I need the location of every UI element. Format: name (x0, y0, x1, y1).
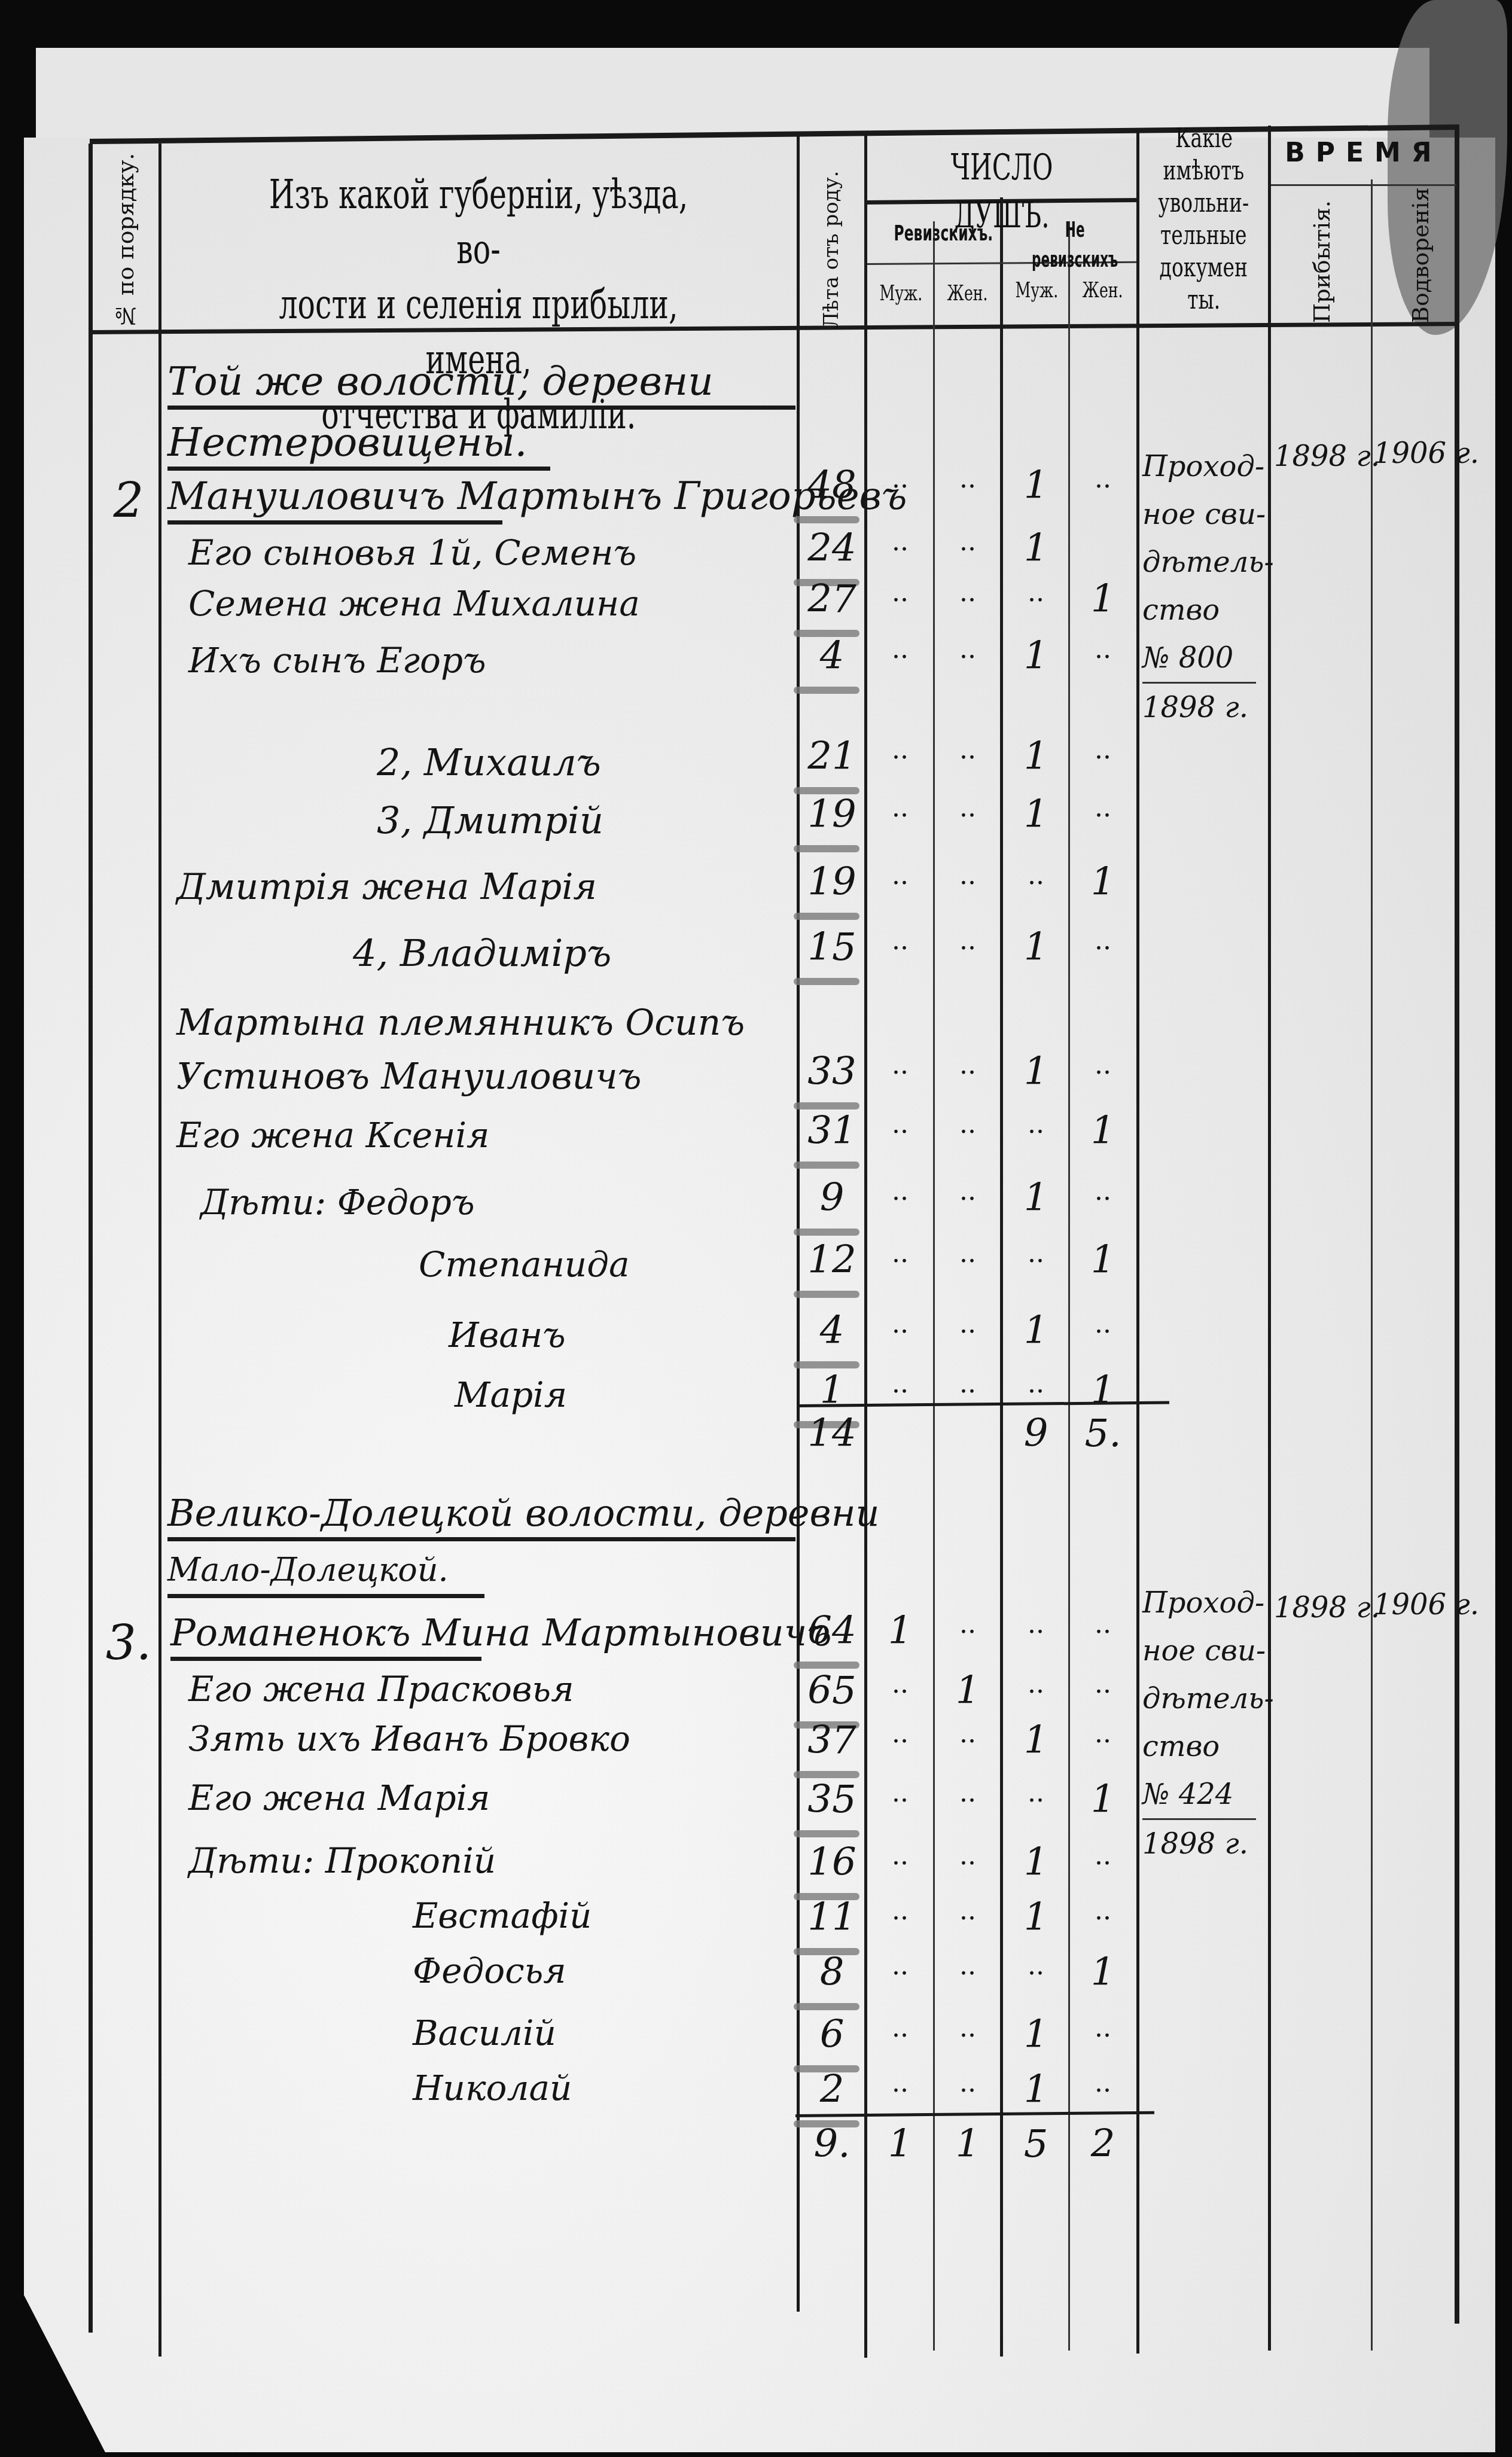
count-cell-nf: .. (1070, 792, 1136, 823)
nonrev-male-label: Муж. (1015, 278, 1058, 303)
count-cell-age: 16 (800, 1840, 864, 1885)
family2-row9-name: Николай (413, 2068, 572, 2108)
count-cell-rm: .. (867, 1109, 933, 1139)
count-cell-age: 12 (800, 1238, 864, 1282)
count-cell-rf: .. (935, 634, 1001, 664)
header-rev-female: Жен. (934, 281, 1001, 306)
pencil-underline (794, 1361, 859, 1368)
documents-line4: тельные (1160, 220, 1247, 252)
count-cell-nm: 1 (1003, 734, 1069, 779)
family2-row1-name: Романенокъ Мина Мартыновичъ (170, 1609, 481, 1661)
count-cell-rf: .. (935, 1176, 1001, 1206)
col-docs-divider (1268, 126, 1271, 2351)
count-cell-rm: .. (867, 1950, 933, 1981)
count-cell-nf: 1 (1070, 860, 1136, 904)
count-cell-nm: .. (1003, 1778, 1069, 1808)
count-cell-rf: .. (935, 1840, 1001, 1871)
count-cell-age: 24 (800, 526, 864, 571)
count-cell-nm: .. (1003, 1669, 1069, 1699)
count-cell-rf: .. (935, 734, 1001, 765)
family2-doc-line2: ное сви- (1142, 1627, 1268, 1675)
count-cell-age: 8 (800, 1950, 864, 1995)
count-cell-rm: .. (867, 792, 933, 823)
count-cell-nf: .. (1070, 734, 1136, 765)
count-cell-age: 64 (800, 1609, 864, 1653)
header-number: № по порядку. (108, 156, 144, 329)
family2-number: 3. (105, 1615, 153, 1670)
documents-line2: имѣютъ (1163, 155, 1245, 187)
total-cell-nf: 2 (1070, 2122, 1136, 2166)
rev-male-label: Муж. (879, 281, 922, 306)
count-cell-age: 27 (800, 577, 864, 621)
pencil-underline (794, 1830, 859, 1837)
count-cell-nf: .. (1070, 1176, 1136, 1206)
family1-row2-name: Его сыновья 1й, Семенъ (188, 532, 636, 573)
revision-label: Ревизскихъ. (894, 219, 993, 249)
count-cell-nm: .. (1003, 577, 1069, 608)
count-cell-rf: .. (935, 1609, 1001, 1639)
pencil-underline (794, 1662, 859, 1669)
count-cell-nm: 1 (1003, 1309, 1069, 1353)
family2-row6-name: Евстафій (413, 1895, 592, 1936)
count-cell-rf: .. (935, 1050, 1001, 1080)
count-cell-age: 4 (800, 1309, 864, 1353)
header-documents: Какіе имѣютъ увольни- тельные докумен ты… (1139, 123, 1268, 316)
count-cell-age: 65 (800, 1669, 864, 1713)
count-cell-nm: 1 (1003, 1176, 1069, 1220)
count-cell-rf: .. (935, 1109, 1001, 1139)
count-cell-rm: .. (867, 2068, 933, 2098)
total-cell-nm: 9 (1003, 1412, 1069, 1456)
family1-row7-name: Дмитрія жена Марія (176, 866, 597, 908)
documents-line6: ты. (1187, 284, 1220, 316)
documents-line1: Какіе (1175, 123, 1233, 155)
header-origin-line1: Изъ какой губерніи, уѣзда, во- (252, 167, 705, 278)
family1-row15-name: Марія (455, 1374, 567, 1415)
count-cell-rf: .. (935, 1895, 1001, 1926)
count-cell-rf: .. (935, 1309, 1001, 1339)
count-cell-age: 19 (800, 860, 864, 904)
count-cell-nf: 1 (1070, 1238, 1136, 1282)
table-left-border (89, 144, 93, 2333)
count-cell-rm: .. (867, 1368, 933, 1399)
count-cell-rf: .. (935, 1238, 1001, 1269)
count-cell-rm: .. (867, 734, 933, 765)
count-cell-age: 31 (800, 1109, 864, 1153)
count-cell-nm: 1 (1003, 634, 1069, 678)
family2-document: Проход- ное сви- дѣтель- ство № 424 1898… (1142, 1579, 1268, 1868)
count-cell-nm: 1 (1003, 792, 1069, 837)
count-cell-rm: .. (867, 1840, 933, 1871)
count-cell-nm: .. (1003, 1950, 1069, 1981)
count-cell-nf: .. (1070, 634, 1136, 664)
count-cell-nm: .. (1003, 1238, 1069, 1269)
header-rev-male: Муж. (867, 281, 934, 306)
time-subheader-line (1271, 184, 1456, 186)
family1-row8-name: 4, Владиміръ (353, 931, 611, 975)
count-cell-nf: .. (1070, 1609, 1136, 1639)
count-cell-nf: .. (1070, 2013, 1136, 2043)
count-cell-nf: .. (1070, 1669, 1136, 1699)
count-cell-age: 19 (800, 792, 864, 837)
family2-row3-name: Зять ихъ Иванъ Бровко (188, 1718, 630, 1759)
header-arrival: Прибытія. (1304, 191, 1340, 323)
family1-doc-line6: 1898 г. (1142, 684, 1268, 731)
total-cell-age: 14 (800, 1412, 864, 1456)
family2-doc-line5: № 424 (1142, 1770, 1256, 1820)
count-cell-rf: .. (935, 1718, 1001, 1749)
total-cell-rf: 1 (935, 2122, 1001, 2166)
count-cell-rm: 1 (867, 1609, 933, 1653)
count-cell-nm: 1 (1003, 925, 1069, 970)
count-cell-rf: .. (935, 2013, 1001, 2043)
family2-arrival: 1898 г. (1274, 1591, 1370, 1624)
family2-row4-name: Его жена Марія (188, 1778, 490, 1818)
family1-origin-line2: Нестеровицены. (167, 419, 550, 471)
header-time: ВРЕМЯ (1271, 138, 1456, 168)
count-cell-rf: .. (935, 2068, 1001, 2098)
header-settlement: Водворенія (1403, 188, 1438, 323)
family2-row7-name: Федосья (413, 1950, 566, 1991)
count-cell-nm: .. (1003, 1368, 1069, 1399)
family1-arrival: 1898 г. (1274, 440, 1370, 473)
family2-settlement: 1906 г. (1373, 1588, 1457, 1621)
count-cell-rm: .. (867, 1238, 933, 1269)
family1-row13-name: Степанида (419, 1244, 630, 1285)
total-cell-age: 9. (800, 2122, 864, 2166)
count-cell-rf: .. (935, 577, 1001, 608)
count-cell-nm: .. (1003, 860, 1069, 891)
family1-doc-line5: № 800 (1142, 634, 1256, 684)
family2-origin-line1: Велико-Долецкой волости, деревни (167, 1489, 795, 1541)
count-cell-rm: .. (867, 1669, 933, 1699)
count-cell-nf: .. (1070, 2068, 1136, 2098)
pencil-underline (794, 845, 859, 852)
family2-doc-line4: ство (1142, 1723, 1268, 1770)
count-cell-nm: 1 (1003, 526, 1069, 571)
family1-settlement: 1906 г. (1373, 437, 1457, 470)
count-cell-nf: .. (1070, 925, 1136, 956)
count-cell-age: 6 (800, 2013, 864, 2057)
count-cell-rf: .. (935, 1778, 1001, 1808)
count-cell-age: 48 (800, 464, 864, 508)
family1-doc-line2: ное сви- (1142, 490, 1268, 538)
pencil-underline (794, 913, 859, 920)
count-cell-rf: .. (935, 860, 1001, 891)
count-cell-nf: 1 (1070, 1950, 1136, 1995)
header-age: Лѣта отъ роду. (813, 173, 849, 329)
nonrevision-label: Не ревизскихъ (1032, 215, 1118, 275)
count-cell-nf: .. (1070, 464, 1136, 494)
count-cell-nm: 1 (1003, 1895, 1069, 1940)
family2-row5-name: Дѣти: Прокопій (188, 1840, 496, 1881)
count-cell-rm: .. (867, 860, 933, 891)
family2-origin-line2: Мало-Долецкой. (167, 1546, 484, 1598)
count-cell-nm: .. (1003, 1609, 1069, 1639)
count-cell-rm: .. (867, 1050, 933, 1080)
count-cell-rm: .. (867, 925, 933, 956)
count-cell-nf: 1 (1070, 577, 1136, 621)
count-cell-rf: .. (935, 925, 1001, 956)
pencil-underline (794, 1228, 859, 1236)
count-cell-nm: 1 (1003, 2013, 1069, 2057)
family1-row3-name: Семена жена Михалина (188, 583, 640, 624)
count-cell-rm: .. (867, 1176, 933, 1206)
count-cell-rm: .. (867, 1895, 933, 1926)
header-nonrev-male: Муж. (1003, 278, 1070, 303)
count-cell-rf: .. (935, 1368, 1001, 1399)
count-cell-rf: .. (935, 464, 1001, 494)
family2-doc-line3: дѣтель- (1142, 1675, 1268, 1723)
family1-doc-line3: дѣтель- (1142, 538, 1268, 586)
pencil-underline (794, 1162, 859, 1169)
count-cell-nm: 1 (1003, 464, 1069, 508)
total-cell-nf: 5. (1070, 1412, 1136, 1456)
count-cell-age: 35 (800, 1778, 864, 1822)
family1-row11-name: Его жена Ксенія (176, 1115, 489, 1156)
total-cell-nm: 5 (1003, 2122, 1069, 2166)
count-cell-age: 11 (800, 1895, 864, 1940)
count-cell-nm: 1 (1003, 2068, 1069, 2112)
count-cell-age: 9 (800, 1176, 864, 1220)
count-cell-rf: .. (935, 526, 1001, 557)
col-souls-divider (1136, 129, 1139, 2354)
pencil-underline (794, 2003, 859, 2010)
header-revision: Ревизскихъ. (867, 218, 1002, 249)
pencil-underline (794, 516, 859, 523)
count-cell-nf: .. (1070, 1050, 1136, 1080)
count-cell-rm: .. (867, 464, 933, 494)
pencil-underline (794, 1291, 859, 1298)
count-cell-rm: .. (867, 1778, 933, 1808)
count-cell-nm: .. (1003, 1109, 1069, 1139)
family1-row10-name: Устиновъ Мануиловичъ (176, 1056, 642, 1098)
count-cell-age: 21 (800, 734, 864, 779)
family1-row5-name: 2, Михаилъ (377, 740, 601, 784)
count-cell-age: 33 (800, 1050, 864, 1094)
rev-female-label: Жен. (947, 281, 988, 306)
family1-row9-name: Мартына племянникъ Осипъ (176, 1002, 745, 1044)
col-number-divider (158, 144, 161, 2357)
count-cell-rf: .. (935, 1950, 1001, 1981)
family1-row1-name: Мануиловичъ Мартынъ Григорьевъ (167, 472, 502, 525)
family1-doc-line4: ство (1142, 586, 1268, 634)
documents-line5: докумен (1160, 252, 1248, 284)
col-time-mid-divider (1371, 179, 1373, 2351)
count-cell-rf: .. (935, 792, 1001, 823)
count-cell-rm: .. (867, 2013, 933, 2043)
family2-row8-name: Василій (413, 2013, 556, 2053)
count-cell-rm: .. (867, 577, 933, 608)
count-cell-rm: .. (867, 526, 933, 557)
family1-document: Проход- ное сви- дѣтель- ство № 800 1898… (1142, 443, 1268, 731)
count-cell-nf: .. (1070, 1895, 1136, 1926)
count-cell-nf: 1 (1070, 1109, 1136, 1153)
total-cell-rm: 1 (867, 2122, 933, 2166)
count-cell-nf: .. (1070, 1718, 1136, 1749)
family1-doc-line1: Проход- (1142, 443, 1268, 490)
count-cell-nf: 1 (1070, 1778, 1136, 1822)
pencil-underline (794, 978, 859, 985)
count-cell-nm: 1 (1003, 1050, 1069, 1094)
family1-number: 2 (105, 472, 153, 528)
count-cell-age: 37 (800, 1718, 864, 1763)
count-cell-rm: .. (867, 634, 933, 664)
count-cell-age: 4 (800, 634, 864, 678)
header-nonrev-female: Жен. (1069, 278, 1136, 303)
family1-row6-name: 3, Дмитрій (377, 798, 603, 842)
family1-row4-name: Ихъ сынъ Егоръ (188, 640, 486, 681)
family2-row2-name: Его жена Прасковья (188, 1669, 574, 1709)
family2-doc-line1: Проход- (1142, 1579, 1268, 1627)
count-cell-age: 2 (800, 2068, 864, 2112)
nonrev-female-label: Жен. (1083, 278, 1123, 303)
count-cell-nm: 1 (1003, 1718, 1069, 1763)
count-cell-nf: 1 (1070, 1368, 1136, 1413)
count-cell-rm: .. (867, 1718, 933, 1749)
count-cell-rm: .. (867, 1309, 933, 1339)
family2-doc-line6: 1898 г. (1142, 1820, 1268, 1868)
count-cell-age: 15 (800, 925, 864, 970)
count-cell-nf: .. (1070, 1309, 1136, 1339)
pencil-underline (794, 687, 859, 694)
count-cell-nf: .. (1070, 1840, 1136, 1871)
family1-origin-line1: Той же волости, деревни (167, 358, 795, 410)
count-cell-nm: 1 (1003, 1840, 1069, 1885)
count-cell-rf: 1 (935, 1669, 1001, 1713)
family1-row14-name: Иванъ (449, 1315, 566, 1355)
family1-row12-name: Дѣти: Федоръ (200, 1182, 475, 1223)
documents-line3: увольни- (1159, 187, 1249, 220)
header-nonrevision: Не ревизскихъ (1003, 215, 1138, 275)
